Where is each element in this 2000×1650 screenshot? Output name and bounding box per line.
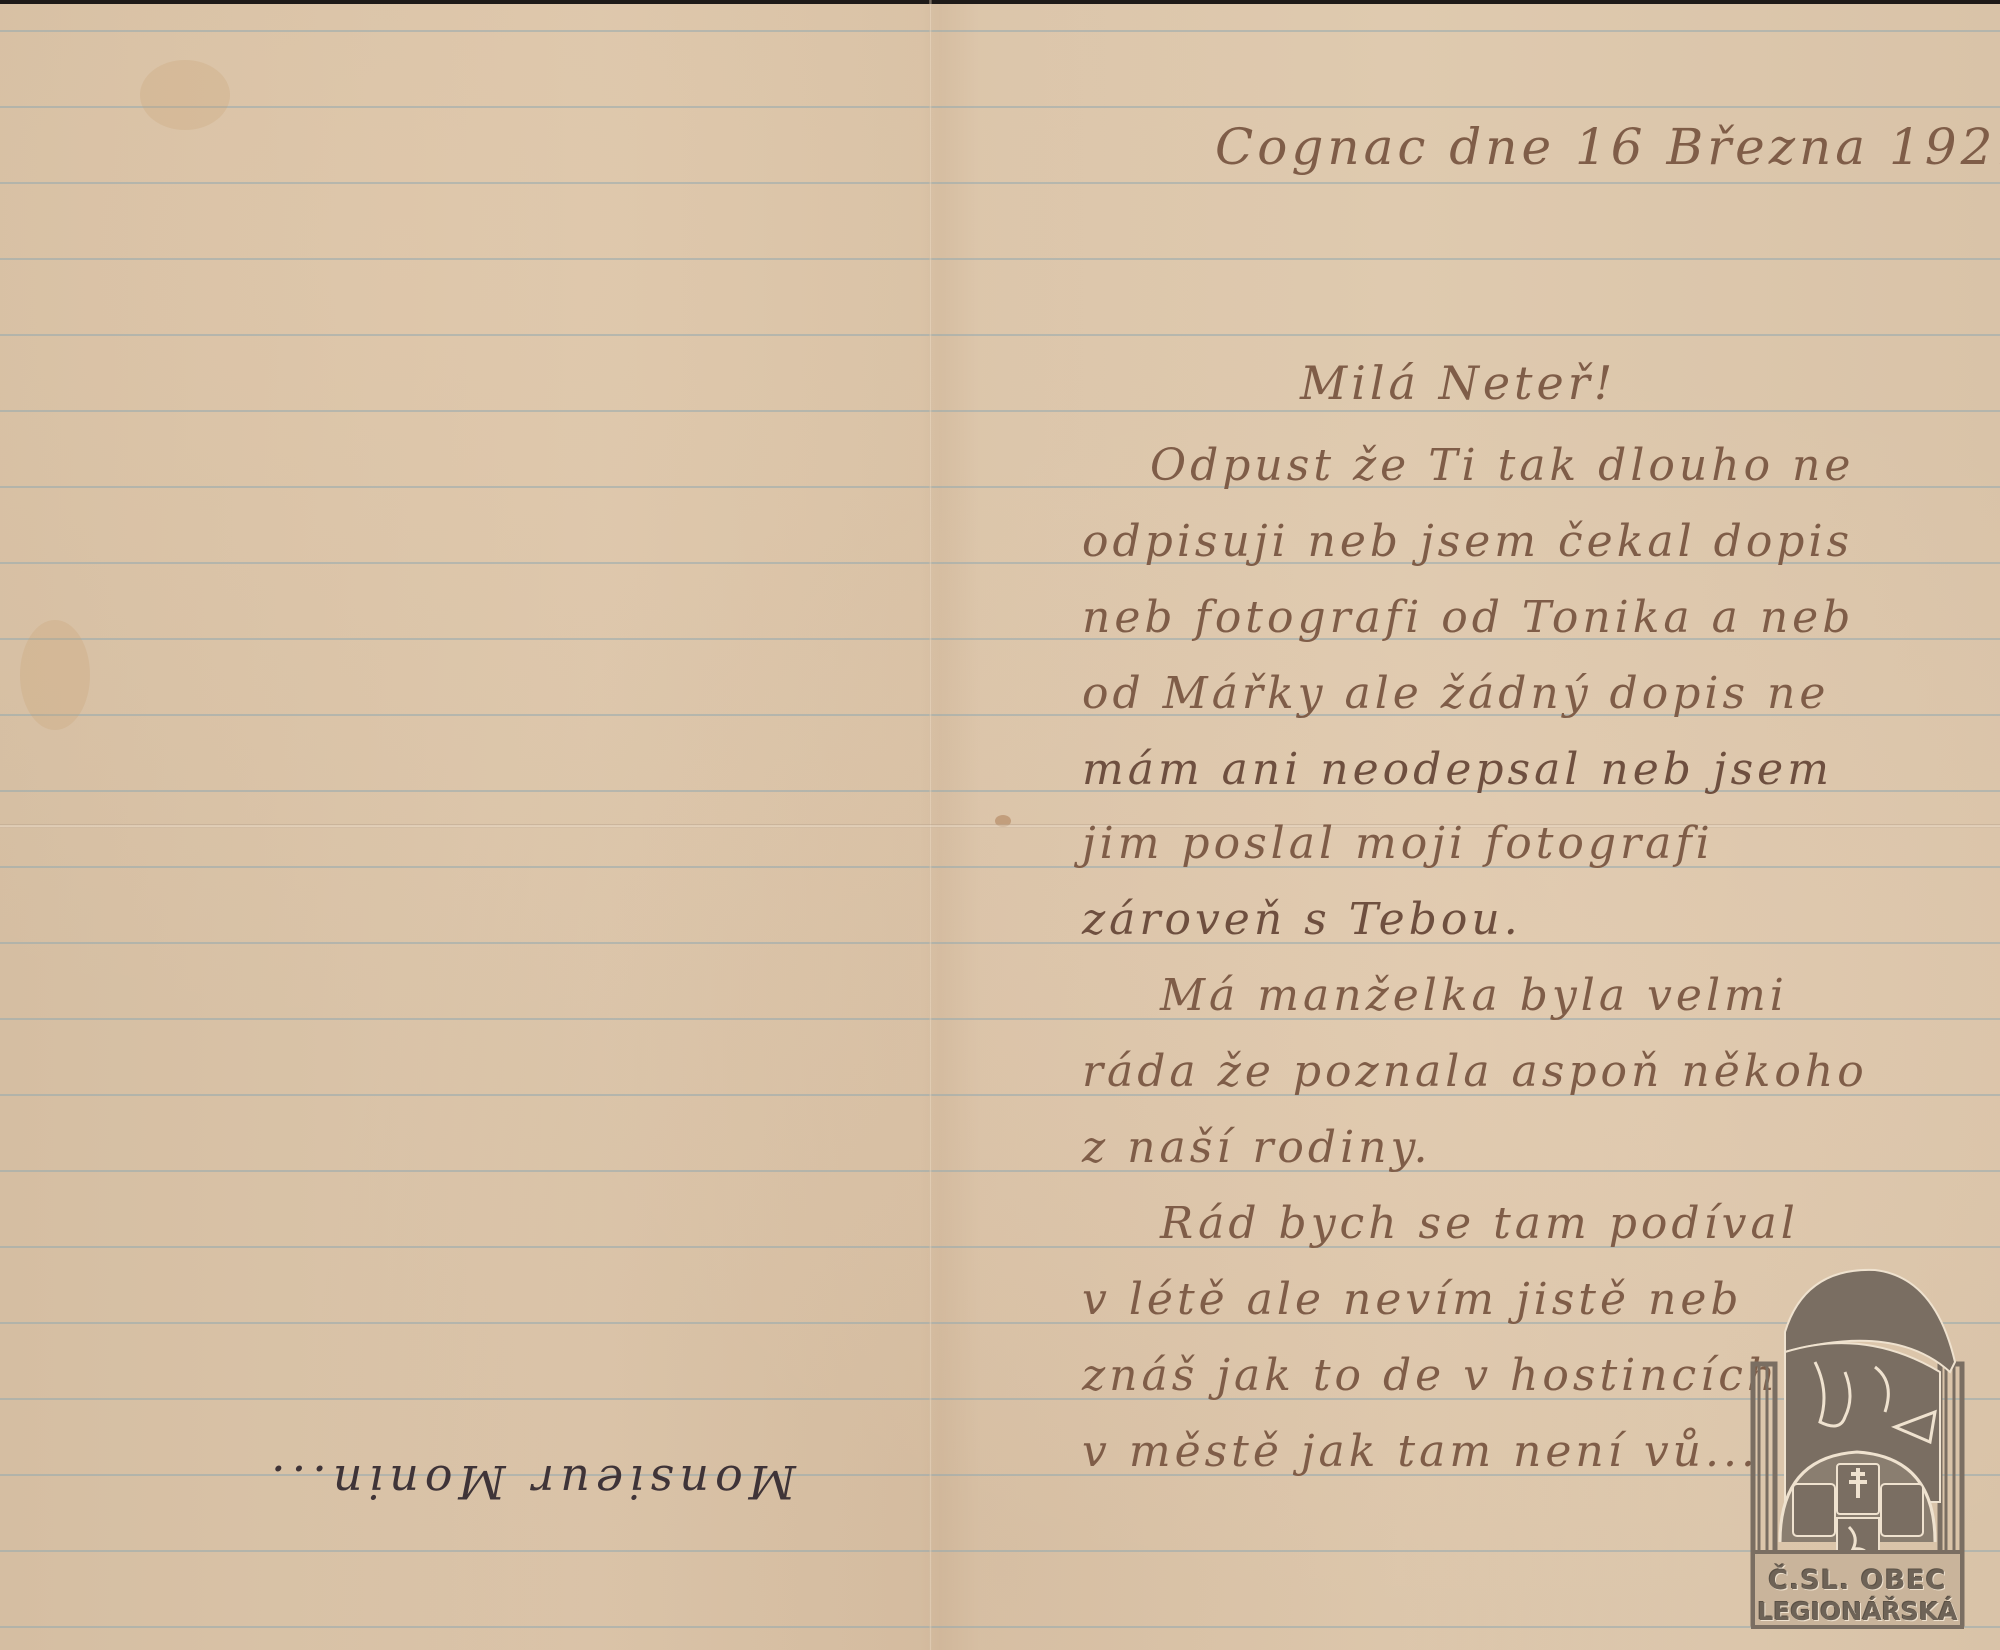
letter-line: Odpust že Ti tak dlouho ne: [1150, 444, 1854, 488]
paper-stain: [20, 620, 90, 730]
ruled-line: [0, 1626, 2000, 1628]
ruled-line: [0, 30, 2000, 32]
letter-line: zároveň s Tebou.: [1082, 898, 1522, 942]
letter-line: v létě ale nevím jistě neb: [1082, 1278, 1743, 1322]
letter-line: odpisuji neb jsem čekal dopis: [1082, 520, 1853, 564]
letter-line: ráda že poznala aspoň někoho: [1082, 1050, 1868, 1094]
letter-line: Rád bych se tam podíval: [1160, 1202, 1799, 1246]
letter-line: od Mářky ale žádný dopis ne: [1082, 672, 1829, 716]
place-and-date: Cognac dne 16 Března 1921.: [1215, 122, 2000, 172]
ruled-line: [0, 1170, 2000, 1172]
letter-line: mám ani neodepsal neb jsem: [1082, 748, 1833, 792]
ruled-line: [0, 258, 2000, 260]
emblem-label-line1: Č.SL. OBEC: [1745, 1565, 1970, 1596]
letter-line: Má manželka byla velmi: [1160, 974, 1788, 1018]
emblem-label-line2: LEGIONÁŘSKÁ: [1745, 1597, 1970, 1626]
ruled-line: [0, 1550, 2000, 1552]
ruled-line: [0, 410, 2000, 412]
paper-stain: [140, 60, 230, 130]
ruled-line: [0, 106, 2000, 108]
letter-line: v městě jak tam není vů...: [1082, 1430, 1759, 1474]
letter-line: jim poslal moji fotografi: [1082, 822, 1714, 866]
upside-down-address: Monsieur Monin...: [265, 1455, 796, 1509]
letter-line: neb fotografi od Tonika a neb: [1082, 596, 1854, 640]
letter-line: z naší rodiny.: [1082, 1126, 1431, 1170]
salutation: Milá Neteř!: [1300, 360, 1616, 406]
ruled-line: [0, 942, 2000, 944]
letter-line: znáš jak to de v hostincích: [1082, 1354, 1779, 1398]
ruled-line: [0, 182, 2000, 184]
ruled-line: [0, 334, 2000, 336]
